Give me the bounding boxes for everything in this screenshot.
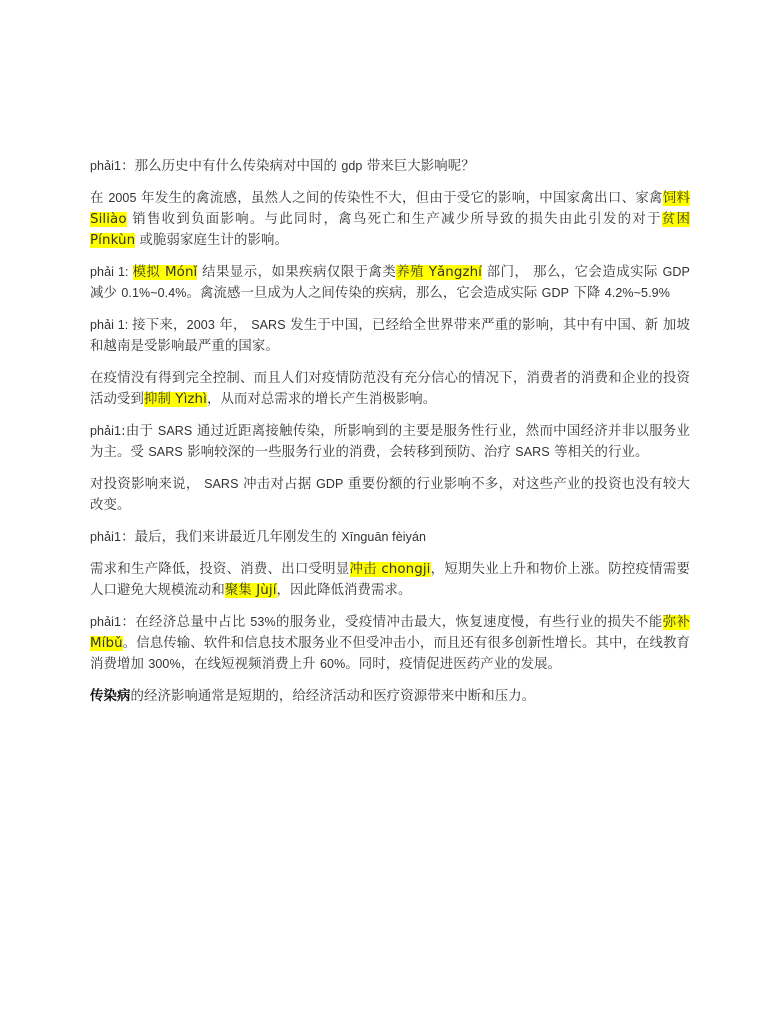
text-segment: 2005 (108, 191, 136, 205)
text-segment: 下降 (569, 286, 605, 301)
text-segment: 0.1%~0.4% (121, 286, 186, 300)
text-segment: 2003 (187, 318, 215, 332)
text-segment: 。同时，疫情促进医药产业的发展。 (345, 657, 561, 672)
text-segment: GDP (316, 477, 343, 491)
text-segment: ，因此降低消费需求。 (277, 583, 412, 598)
text-segment: phải1 (90, 530, 121, 544)
text-segment: phải1 (90, 615, 121, 629)
text-segment: gdp (341, 159, 362, 173)
text-segment: 的经济影响通常是短期的，给经济活动和医疗资源带来中断和压力。 (130, 689, 535, 704)
paragraph-p3: phải 1: 模拟 Mónǐ 结果显示，如果疾病仅限于禽类养殖 Yǎngzhí… (90, 262, 690, 304)
text-segment: 300% (148, 657, 180, 671)
text-segment: 部门， 那么，它会造成实际 (482, 265, 663, 280)
text-segment: 销售收到负面影响。与此同时，禽鸟死亡和生产减少所导致的损失由此引发的对于 (127, 212, 662, 227)
text-segment: 接下来， (132, 318, 187, 333)
highlighted-term: 抑制 Yìzhì (144, 392, 207, 407)
text-segment: 带来巨大影响呢？ (362, 159, 474, 174)
text-segment: ：那么历史中有什么传染病对中国的 (121, 159, 341, 174)
text-segment: SARS (158, 424, 192, 438)
text-segment: ，在线短视频消费上升 (181, 657, 320, 672)
text-segment: SARS (515, 445, 549, 459)
text-segment: 对投资影响来说， (90, 477, 204, 492)
highlighted-term: 冲击 chongji (350, 562, 431, 577)
document-page: phải1：那么历史中有什么传染病对中国的 gdp 带来巨大影响呢？在 2005… (90, 156, 690, 718)
paragraph-p7: 对投资影响来说， SARS 冲击对占据 GDP 重要份额的行业影响不多，对这些产… (90, 474, 690, 516)
text-segment: 需求和生产降低，投资、消费、出口受明显 (90, 562, 350, 577)
paragraph-p2: 在 2005 年发生的禽流感，虽然人之间的传染性不大，但由于受它的影响，中国家禽… (90, 188, 690, 251)
text-segment: phải 1: (90, 265, 133, 279)
text-segment: 冲击对占据 (239, 477, 317, 492)
text-segment: 结果显示，如果疾病仅限于禽类 (197, 265, 396, 280)
highlighted-term: 模拟 Mónǐ (133, 265, 198, 280)
text-segment: phải 1: (90, 318, 132, 332)
text-segment: phải1 (90, 424, 121, 438)
paragraph-p11: 传染病的经济影响通常是短期的，给经济活动和医疗资源带来中断和压力。 (90, 686, 690, 707)
paragraph-p10: phải1：在经济总量中占比 53%的服务业，受疫情冲击最大，恢复速度慢，有些行… (90, 612, 690, 675)
text-segment: Xīnguān fèiyán (341, 530, 426, 544)
text-segment: SARS (204, 477, 238, 491)
text-segment: 在 (90, 191, 108, 206)
text-segment: 的服务业，受疫情冲击最大，恢复速度慢，有些行业的损失不能 (276, 615, 663, 630)
text-segment: 或脆弱家庭生计的影响。 (135, 233, 288, 248)
text-segment: ，从而对总需求的增长产生消极影响。 (207, 392, 436, 407)
text-segment: 60% (320, 657, 345, 671)
paragraph-p5: 在疫情没有得到完全控制、而且人们对疫情防范没有充分信心的情况下，消费者的消费和企… (90, 368, 690, 410)
text-segment: 53% (250, 615, 275, 629)
text-segment: GDP (663, 265, 690, 279)
paragraph-p6: phải1:由于 SARS 通过近距离接触传染，所影响到的主要是服务性行业，然而… (90, 421, 690, 463)
text-segment: 4.2%~5.9% (605, 286, 670, 300)
text-segment: SARS (251, 318, 285, 332)
text-segment: :由于 (121, 424, 158, 439)
text-segment: 减少 (90, 286, 121, 301)
text-segment: ：最后，我们来讲最近几年刚发生的 (121, 530, 341, 545)
paragraph-p4: phải 1: 接下来，2003 年， SARS 发生于中国，已经给全世界带来严… (90, 315, 690, 357)
paragraph-p9: 需求和生产降低，投资、消费、出口受明显冲击 chongji，短期失业上升和物价上… (90, 559, 690, 601)
text-segment: 年发生的禽流感，虽然人之间的传染性不大，但由于受它的影响，中国家禽出口、家禽 (137, 191, 663, 206)
text-segment: SARS (148, 445, 182, 459)
text-segment: GDP (542, 286, 569, 300)
text-segment: ：在经济总量中占比 (121, 615, 250, 630)
text-segment: 。禽流感一旦成为人之间传染的疾病，那么，它会造成实际 (187, 286, 542, 301)
text-segment: 年， (215, 318, 251, 333)
paragraph-p8: phải1：最后，我们来讲最近几年刚发生的 Xīnguān fèiyán (90, 527, 690, 548)
text-segment: 影响较深的一些服务行业的消费，会转移到预防、治疗 (183, 445, 516, 460)
paragraph-p1: phải1：那么历史中有什么传染病对中国的 gdp 带来巨大影响呢？ (90, 156, 690, 177)
highlighted-term: 聚集 Jùjí (225, 583, 277, 598)
bold-term: 传染病 (90, 689, 130, 704)
text-segment: 等相关的行业。 (550, 445, 649, 460)
highlighted-term: 养殖 Yǎngzhí (396, 265, 482, 280)
text-segment: phải1 (90, 159, 121, 173)
